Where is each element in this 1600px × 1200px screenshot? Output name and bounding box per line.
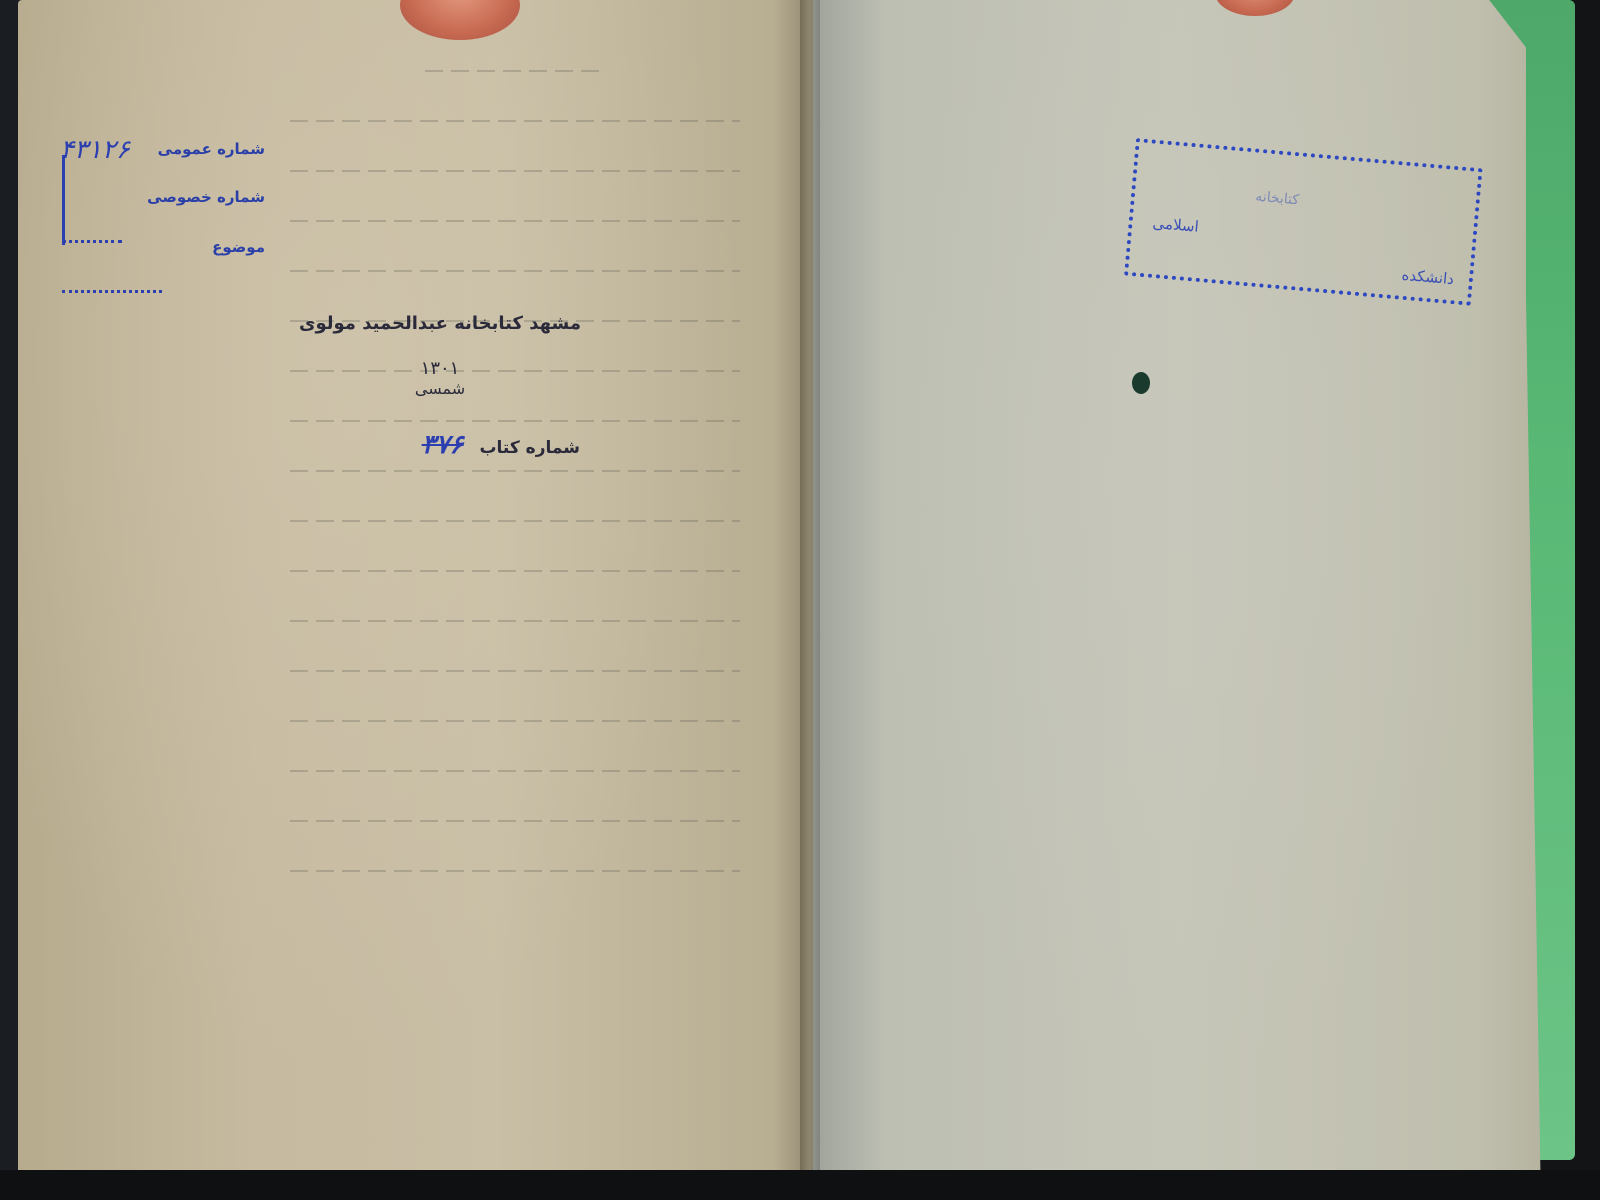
background-bottom — [0, 1170, 1600, 1200]
text-line — [290, 420, 740, 422]
special-number-label: شماره خصوصی — [147, 188, 265, 206]
text-line — [290, 620, 740, 622]
text-line — [290, 270, 740, 272]
dotted-line — [62, 240, 122, 243]
dotted-line — [62, 290, 162, 293]
library-accession-stamp: ۴۳۱۲۶ شماره عمومی شماره خصوصی موضوع — [60, 135, 265, 265]
stamp-line-3: دانشکده — [1401, 266, 1455, 289]
ink-stain — [1132, 372, 1150, 394]
bleed-through-text — [290, 70, 740, 920]
text-line — [290, 520, 740, 522]
book-number-value: ۳۷۶ — [422, 430, 464, 460]
library-name: مشهد کتابخانه عبدالحمید مولوی — [270, 310, 610, 338]
text-line — [290, 670, 740, 672]
year-label: شمسی — [270, 379, 610, 398]
text-line — [290, 770, 740, 772]
text-line — [290, 220, 740, 222]
stamp-line-2: اسلامی — [1152, 214, 1200, 236]
stamp-line-1: کتابخانه — [1255, 189, 1300, 209]
text-line — [290, 470, 740, 472]
subject-label: موضوع — [212, 238, 265, 256]
general-number-label: شماره عمومی — [158, 140, 265, 158]
stamp-bracket — [62, 155, 71, 245]
text-line — [290, 170, 740, 172]
text-line — [425, 70, 605, 72]
text-line — [290, 120, 740, 122]
text-line — [290, 570, 740, 572]
book-gutter — [800, 0, 820, 1190]
text-line — [290, 870, 740, 872]
owner-inscription: مشهد کتابخانه عبدالحمید مولوی ۱۳۰۱ شمسی — [270, 310, 610, 398]
text-line — [290, 720, 740, 722]
book-number-label: شماره کتاب — [479, 438, 580, 458]
text-line — [290, 820, 740, 822]
book-number: شماره کتاب ۳۷۶ — [310, 430, 580, 460]
year-value: ۱۳۰۱ — [270, 358, 610, 379]
